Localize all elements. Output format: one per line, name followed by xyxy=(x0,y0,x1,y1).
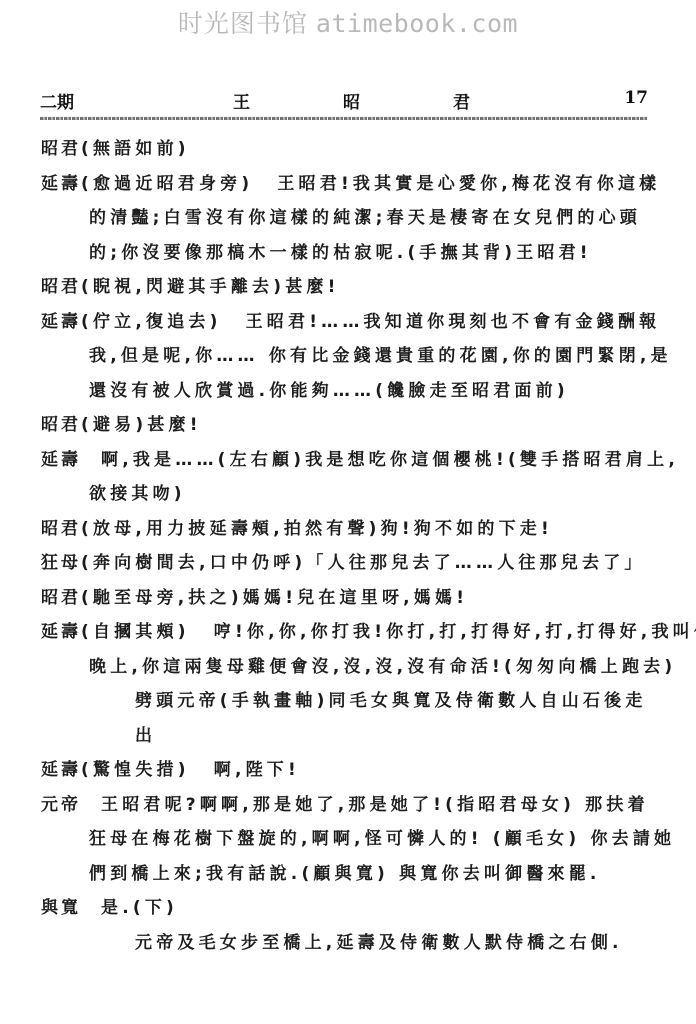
script-line: 延壽(自摑其頰)哼!你,你,你打我!你打,打,打得好,打,打得好,我叫你今 xyxy=(41,615,651,650)
script-line-continuation: 晚上,你這兩隻母雞便會沒,沒,沒,沒有命活!(匆匆向橋上跑去) xyxy=(41,650,651,685)
speaker-name: 昭君 xyxy=(41,588,81,608)
stage-direction: (睨視,閃避其手離去) xyxy=(81,277,285,297)
stage-direction-block: 出 xyxy=(41,719,651,754)
stage-direction: (奔向樹間去,口中仍呼) xyxy=(81,553,306,573)
script-body: 昭君(無語如前) 延壽(愈過近昭君身旁)王昭君!我其實是心愛你,梅花沒有你這樣 … xyxy=(41,132,651,960)
stage-direction-block: 劈頭元帝(手執畫軸)同毛女與寬及侍衛數人自山石後走 xyxy=(41,684,651,719)
page-number: 17 xyxy=(624,88,648,108)
script-line-continuation: 我,但是呢,你…… 你有比金錢還貴重的花園,你的園門緊閉,是 xyxy=(41,339,651,374)
script-line-continuation: 們到橋上來;我有話說.(顧與寬) 與寬你去叫御醫來罷. xyxy=(41,857,651,892)
speech-text: 是.(下) xyxy=(101,898,178,918)
speech-text: 晚上,你這兩隻母雞便會沒,沒,沒,沒有命活!(匆匆向橋上跑去) xyxy=(89,657,676,677)
speaker-name: 延壽 xyxy=(41,622,81,642)
stage-direction: (自摑其頰) xyxy=(81,622,190,642)
speech-text: 王昭君!我其實是心愛你,梅花沒有你這樣 xyxy=(277,174,660,194)
script-line: 昭君(馳至母旁,扶之)媽媽!兒在這里呀,媽媽! xyxy=(41,581,651,616)
stage-direction: (避易) xyxy=(81,415,147,435)
speaker-name: 與寬 xyxy=(41,898,81,918)
script-line: 元帝王昭君呢?啊啊,那是她了,那是她了!(指昭君母女) 那扶着 xyxy=(41,788,651,823)
script-line: 昭君(無語如前) xyxy=(41,132,651,167)
speech-text: 哼!你,你,你打我!你打,打,打得好,打,打得好,我叫你今 xyxy=(214,622,696,642)
speaker-name: 昭君 xyxy=(41,277,81,297)
speech-text: 王昭君呢?啊啊,那是她了,那是她了!(指昭君母女) 那扶着 xyxy=(101,795,649,815)
speaker-name: 昭君 xyxy=(41,415,81,435)
speaker-name: 元帝 xyxy=(41,795,81,815)
speech-text: 還沒有被人欣賞過.你能夠……(饞臉走至昭君面前) xyxy=(89,381,569,401)
header-rule xyxy=(40,117,648,120)
speaker-name: 延壽 xyxy=(41,450,81,470)
script-line: 延壽(愈過近昭君身旁)王昭君!我其實是心愛你,梅花沒有你這樣 xyxy=(41,167,651,202)
script-line: 昭君(避易)甚麼! xyxy=(41,408,651,443)
script-line-continuation: 還沒有被人欣賞過.你能夠……(饞臉走至昭君面前) xyxy=(41,374,651,409)
stage-direction: (馳至母旁,扶之) xyxy=(81,588,243,608)
script-line-continuation: 的清豔;白雪沒有你這樣的純潔;春天是棲寄在女兒們的心頭 xyxy=(41,201,651,236)
watermark-site-name: 时光图书馆 xyxy=(178,9,308,38)
speaker-name: 延壽 xyxy=(41,760,81,780)
script-line: 延壽(驚惶失措)啊,陛下! xyxy=(41,753,651,788)
stage-direction: (驚惶失措) xyxy=(81,760,190,780)
stage-direction-text: 劈頭元帝(手執畫軸)同毛女與寬及侍衛數人自山石後走 xyxy=(135,691,647,711)
speech-text: 啊,陛下! xyxy=(214,760,300,780)
speaker-name: 延壽 xyxy=(41,312,81,332)
stage-direction-text: 元帝及毛女步至橋上,延壽及侍衛數人默侍橋之右側. xyxy=(135,933,623,953)
stage-direction-text: 出 xyxy=(135,726,156,746)
script-line: 昭君(睨視,閃避其手離去)甚麼! xyxy=(41,270,651,305)
script-line: 狂母(奔向樹間去,口中仍呼)「人往那兒去了……人往那兒去了」 xyxy=(41,546,651,581)
issue-label: 二期 xyxy=(40,88,74,113)
stage-direction: (佇立,復追去) xyxy=(81,312,222,332)
script-line-continuation: 狂母在梅花樹下盤旋的,啊啊,怪可憐人的! (顧毛女) 你去請她 xyxy=(41,822,651,857)
watermark: 时光图书馆atimebook.com xyxy=(0,4,696,40)
speaker-name: 昭君 xyxy=(41,139,81,159)
script-line: 延壽(佇立,復追去)王昭君!……我知道你現刻也不會有金錢酬報 xyxy=(41,305,651,340)
speech-text: 的;你沒要像那槁木一樣的枯寂呢.(手撫其背)王昭君! xyxy=(89,243,592,263)
speech-text: 們到橋上來;我有話說.(顧與寬) 與寬你去叫御醫來罷. xyxy=(89,864,601,884)
stage-direction: (無語如前) xyxy=(81,139,190,159)
speech-text: 我,但是呢,你…… 你有比金錢還貴重的花園,你的園門緊閉,是 xyxy=(89,346,672,366)
stage-direction-block: 元帝及毛女步至橋上,延壽及侍衛數人默侍橋之右側. xyxy=(41,926,651,961)
speech-text: 狂母在梅花樹下盤旋的,啊啊,怪可憐人的! (顧毛女) 你去請她 xyxy=(89,829,675,849)
title-char-1: 王 xyxy=(233,88,250,113)
script-line: 延壽啊,我是……(左右顧)我是想吃你這個櫻桃!(雙手搭昭君肩上, xyxy=(41,443,651,478)
title-char-2: 昭 xyxy=(343,88,360,113)
speech-text: 的清豔;白雪沒有你這樣的純潔;春天是棲寄在女兒們的心頭 xyxy=(89,208,641,228)
script-line: 昭君(放母,用力披延壽頰,拍然有聲)狗!狗不如的下走! xyxy=(41,512,651,547)
speech-text: 王昭君!……我知道你現刻也不會有金錢酬報 xyxy=(246,312,661,332)
running-head: 二期 王 昭 君 17 xyxy=(40,88,648,112)
speech-text: 狗!狗不如的下走! xyxy=(381,519,553,539)
speech-text: 啊,我是……(左右顧)我是想吃你這個櫻桃!(雙手搭昭君肩上, xyxy=(101,450,679,470)
speech-text: 甚麼! xyxy=(147,415,201,435)
stage-direction: (放母,用力披延壽頰,拍然有聲) xyxy=(81,519,381,539)
script-line-continuation: 欲接其吻) xyxy=(41,477,651,512)
speaker-name: 延壽 xyxy=(41,174,81,194)
speech-text: 欲接其吻) xyxy=(89,484,186,504)
speaker-name: 狂母 xyxy=(41,553,81,573)
stage-direction: (愈過近昭君身旁) xyxy=(81,174,253,194)
speech-text: 媽媽!兒在這里呀,媽媽! xyxy=(243,588,468,608)
script-line: 與寬是.(下) xyxy=(41,891,651,926)
title-char-3: 君 xyxy=(453,88,470,113)
speech-text: 「人往那兒去了……人往那兒去了」 xyxy=(306,553,645,573)
script-line-continuation: 的;你沒要像那槁木一樣的枯寂呢.(手撫其背)王昭君! xyxy=(41,236,651,271)
speech-text: 甚麼! xyxy=(285,277,339,297)
watermark-url: atimebook.com xyxy=(316,9,518,38)
speaker-name: 昭君 xyxy=(41,519,81,539)
